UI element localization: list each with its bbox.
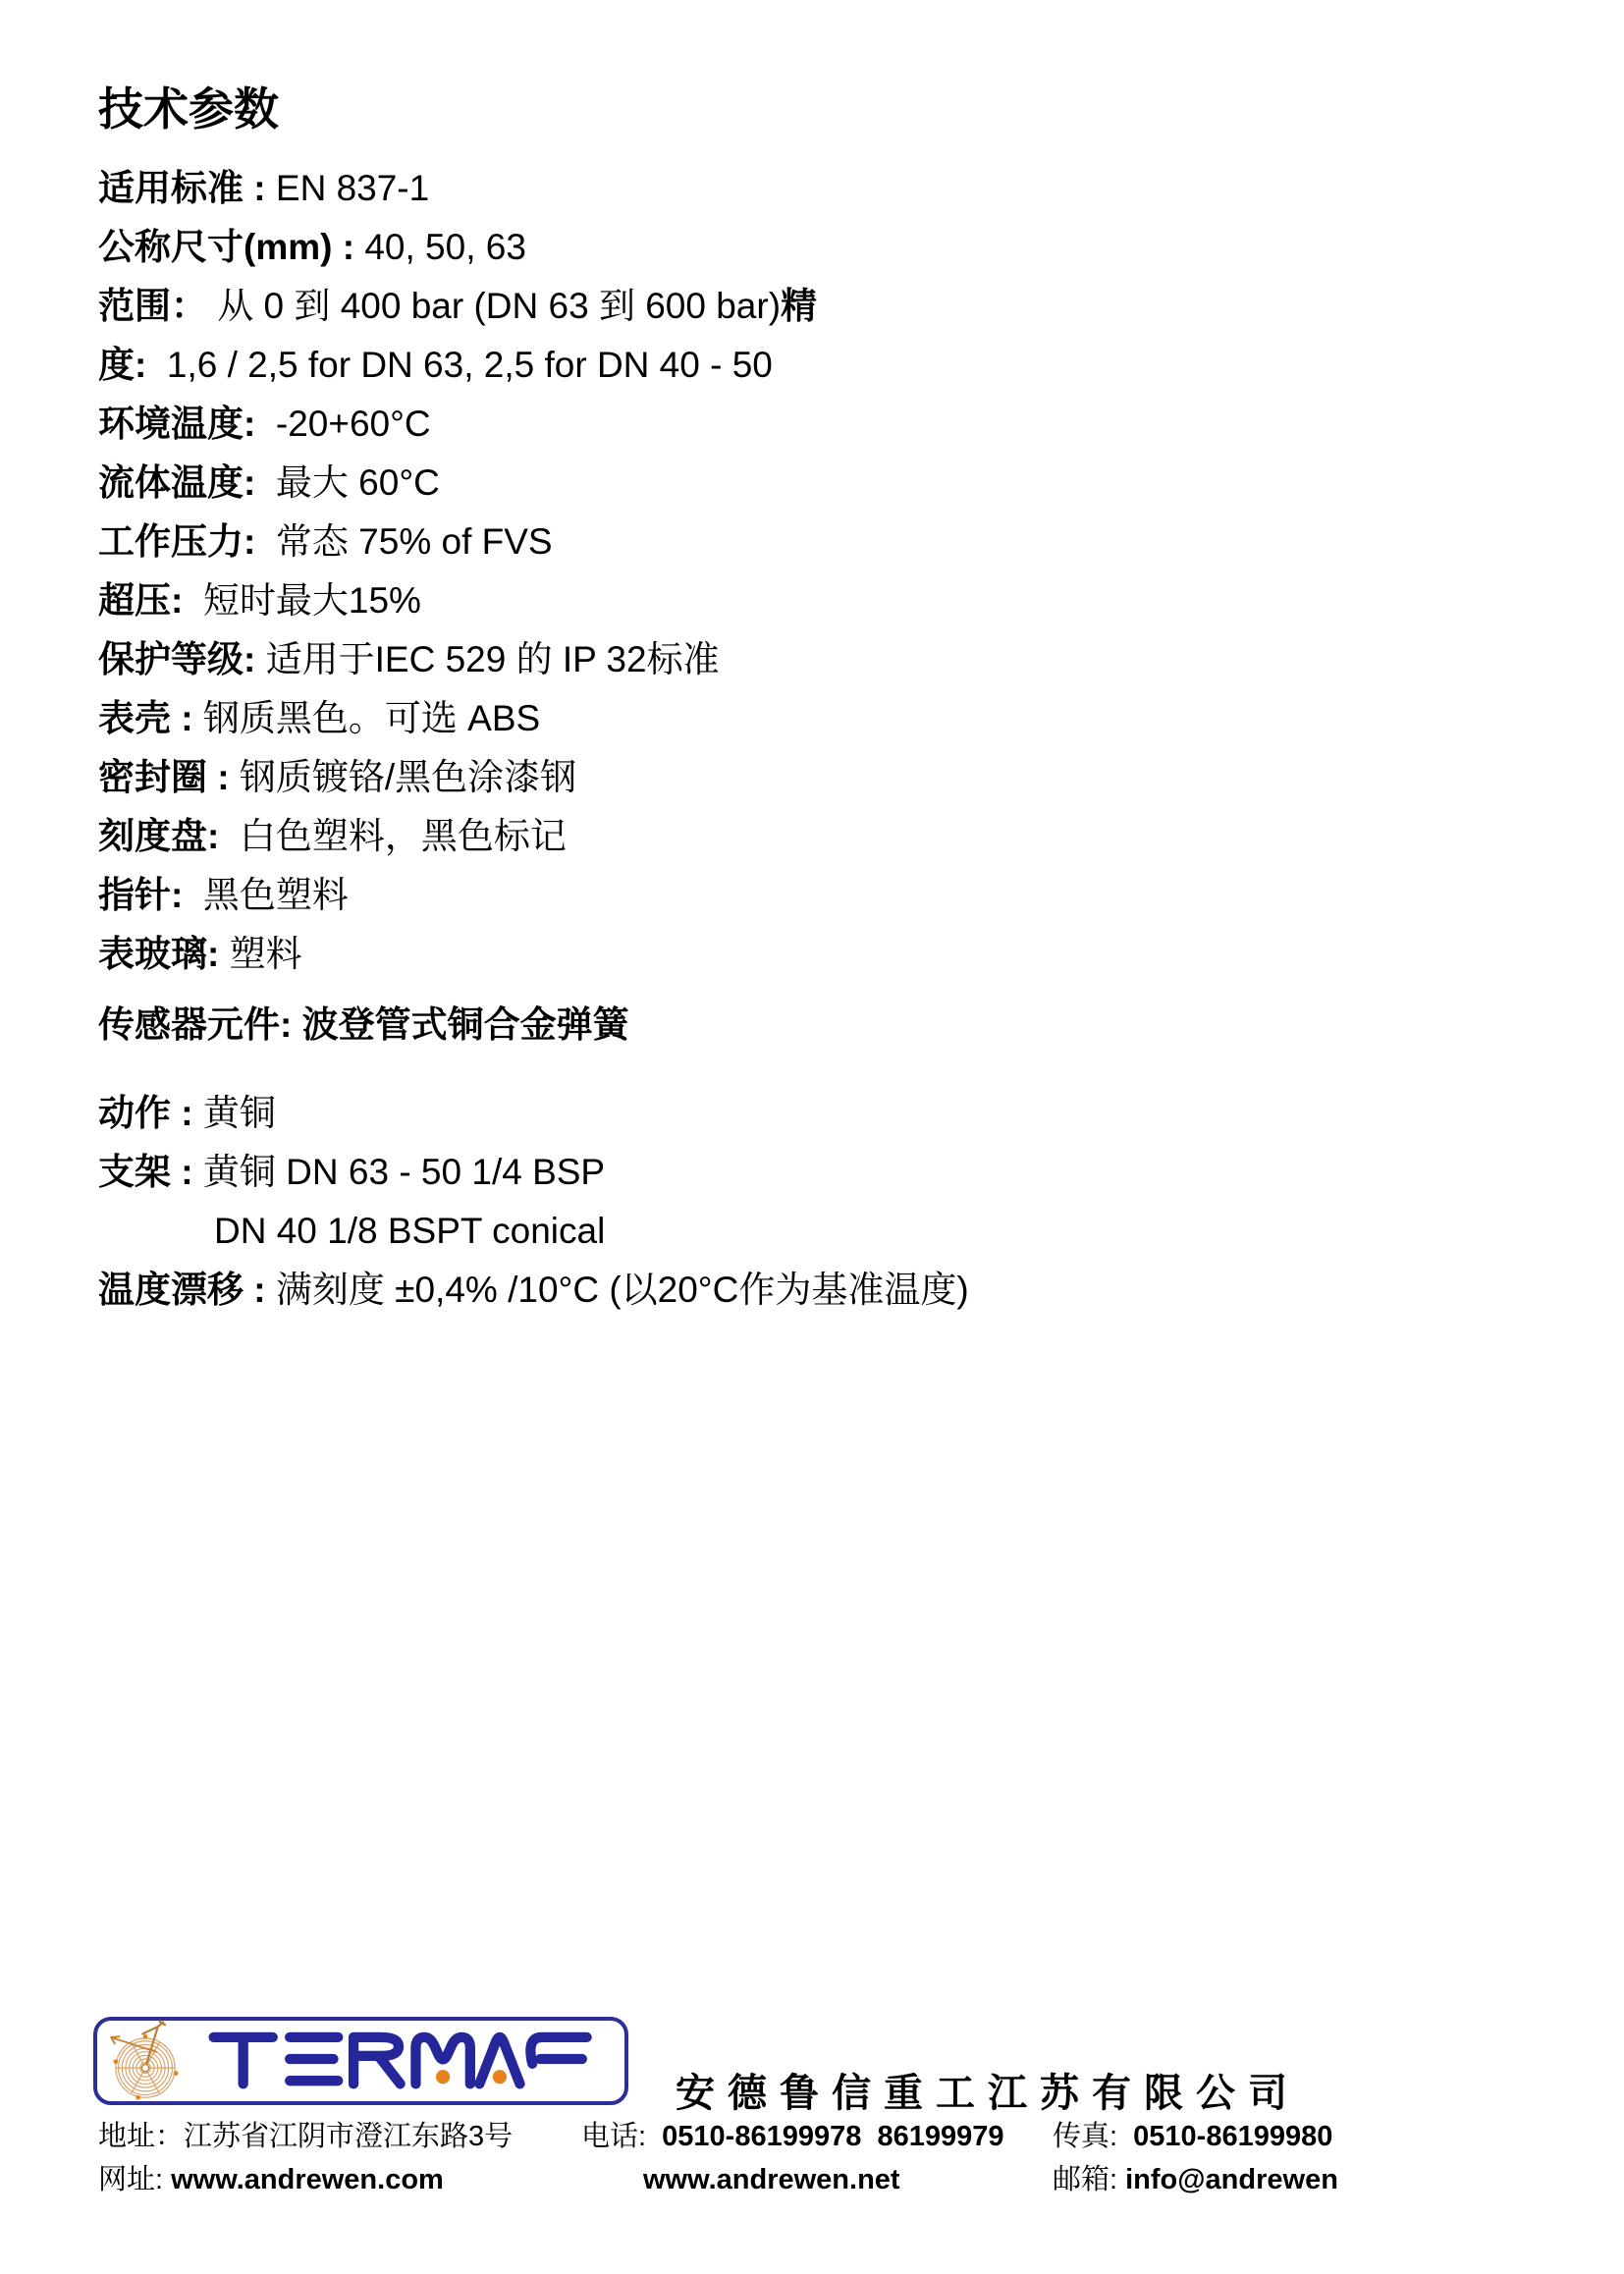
spec-line: 传感器元件: 波登管式铜合金弹簧 [98,996,1276,1055]
pressure-gauge-icon [103,2018,188,2105]
spec-label: 度: [98,345,146,385]
document-page: 技术参数 适用标准 : EN 837-1公称尺寸(mm) : 40, 50, 6… [0,0,1624,2274]
spec-value: 满刻度 ±0,4% /10°C (以20°C作为基准温度) [276,1270,969,1310]
spec-line: 度: 1,6 / 2,5 for DN 63, 2,5 for DN 40 - … [98,336,1276,395]
spec-label: 范围： [98,286,207,326]
spec-value: -20+60°C [255,404,430,444]
spec-label: 保护等级: [98,639,255,679]
spec-line: 表玻璃: 塑料 [98,925,1276,984]
spec-label: 公称尺寸(mm) : [98,227,364,267]
website-label: 网址: [98,2164,171,2195]
termaf-wordmark-icon [188,2022,615,2101]
spec-label: 支架 : [98,1152,203,1192]
spec-value: 塑料 [230,934,302,974]
phone-label: 电话: [581,2121,662,2152]
spec-label: 流体温度: [98,462,255,503]
spec-label: 环境温度: [98,404,255,444]
footer-email: 邮箱: info@andrewen [1053,2162,1338,2197]
spec-label: 指针: [98,875,183,915]
phone-value: 0510-86199978 86199979 [662,2121,1003,2152]
spec-label: 表玻璃: [98,934,230,974]
spec-label: 动作 : [98,1093,203,1133]
footer-website: 网址: www.andrewen.com [98,2162,444,2197]
spec-label: 刻度盘: [98,816,219,856]
spec-line: 流体温度: 最大 60°C [98,454,1276,513]
spec-label: 表壳 : [98,698,203,738]
spec-value: 黑色塑料 [183,875,349,915]
spec-label: 密封圈 : [98,757,240,797]
spec-value: 常态 75% of FVS [255,521,552,562]
website-com-value: www.andrewen.com [171,2164,444,2195]
page-title: 技术参数 [98,84,1276,134]
spec-line: 指针: 黑色塑料 [98,866,1276,925]
footer-fax: 传真: 0510-86199980 [1053,2119,1332,2154]
fax-label: 传真: [1053,2121,1133,2152]
spec-label: 超压: [98,580,183,621]
spec-line: 环境温度: -20+60°C [98,395,1276,454]
spec-label: 传感器元件: [98,1004,302,1045]
email-label: 邮箱: [1053,2164,1125,2195]
termaf-logo [93,2017,628,2105]
spec-value: 从 0 到 400 bar (DN 63 到 600 bar) [207,286,781,326]
spec-line: 动作 : 黄铜 [98,1084,1276,1143]
spec-line: 密封圈 : 钢质镀铬/黑色涂漆钢 [98,748,1276,807]
spec-value: 40, 50, 63 [364,227,526,267]
spec-section: 技术参数 适用标准 : EN 837-1公称尺寸(mm) : 40, 50, 6… [98,84,1276,1320]
spec-value: 适用于IEC 529 的 IP 32标准 [255,639,719,679]
company-name: 安德鲁信重工江苏有限公司 [676,2062,1300,2118]
spec-value: EN 837-1 [276,168,429,208]
spec-value: 白色塑料，黑色标记 [219,816,567,856]
spec-value: 黄铜 [203,1093,276,1133]
spec-line: 超压: 短时最大15% [98,571,1276,630]
spec-label: 温度漂移 : [98,1270,276,1310]
spec-value: DN 40 1/8 BSPT conical [214,1211,605,1251]
spec-line: 表壳 : 钢质黑色。可选 ABS [98,689,1276,748]
address-value: 江苏省江阴市澄江东路3号 [184,2121,513,2152]
spec-lines: 适用标准 : EN 837-1公称尺寸(mm) : 40, 50, 63范围： … [98,159,1276,1320]
email-value: info@andrewen [1125,2164,1338,2195]
spec-label: 工作压力: [98,521,255,562]
spec-line: 刻度盘: 白色塑料，黑色标记 [98,807,1276,866]
spec-line: DN 40 1/8 BSPT conical [98,1202,1276,1261]
address-label: 地址： [98,2121,184,2152]
website-net-value: www.andrewen.net [643,2164,900,2195]
spec-value: 钢质黑色。可选 ABS [203,698,540,738]
spec-line: 工作压力: 常态 75% of FVS [98,513,1276,571]
footer-website-net: www.andrewen.net [643,2162,900,2197]
spec-label: 适用标准 : [98,168,276,208]
spec-line: 温度漂移 : 满刻度 ±0,4% /10°C (以20°C作为基准温度) [98,1261,1276,1320]
spec-value: 波登管式铜合金弹簧 [302,1004,629,1045]
spec-value: 黄铜 DN 63 - 50 1/4 BSP [203,1152,605,1192]
footer-address: 地址：江苏省江阴市澄江东路3号 [98,2119,513,2154]
fax-value: 0510-86199980 [1133,2121,1332,2152]
spec-value: 短时最大15% [183,580,421,621]
spec-line: 公称尺寸(mm) : 40, 50, 63 [98,218,1276,277]
spec-value: 1,6 / 2,5 for DN 63, 2,5 for DN 40 - 50 [146,345,773,385]
spec-label-suffix: 精 [781,286,817,326]
spec-line: 范围： 从 0 到 400 bar (DN 63 到 600 bar)精 [98,277,1276,336]
spec-line: 适用标准 : EN 837-1 [98,159,1276,218]
spec-line: 保护等级: 适用于IEC 529 的 IP 32标准 [98,630,1276,689]
spec-line: 支架 : 黄铜 DN 63 - 50 1/4 BSP [98,1143,1276,1202]
footer-phone: 电话: 0510-86199978 86199979 [581,2119,1004,2154]
spec-value: 最大 60°C [255,462,440,503]
spec-value: 钢质镀铬/黑色涂漆钢 [240,757,576,797]
